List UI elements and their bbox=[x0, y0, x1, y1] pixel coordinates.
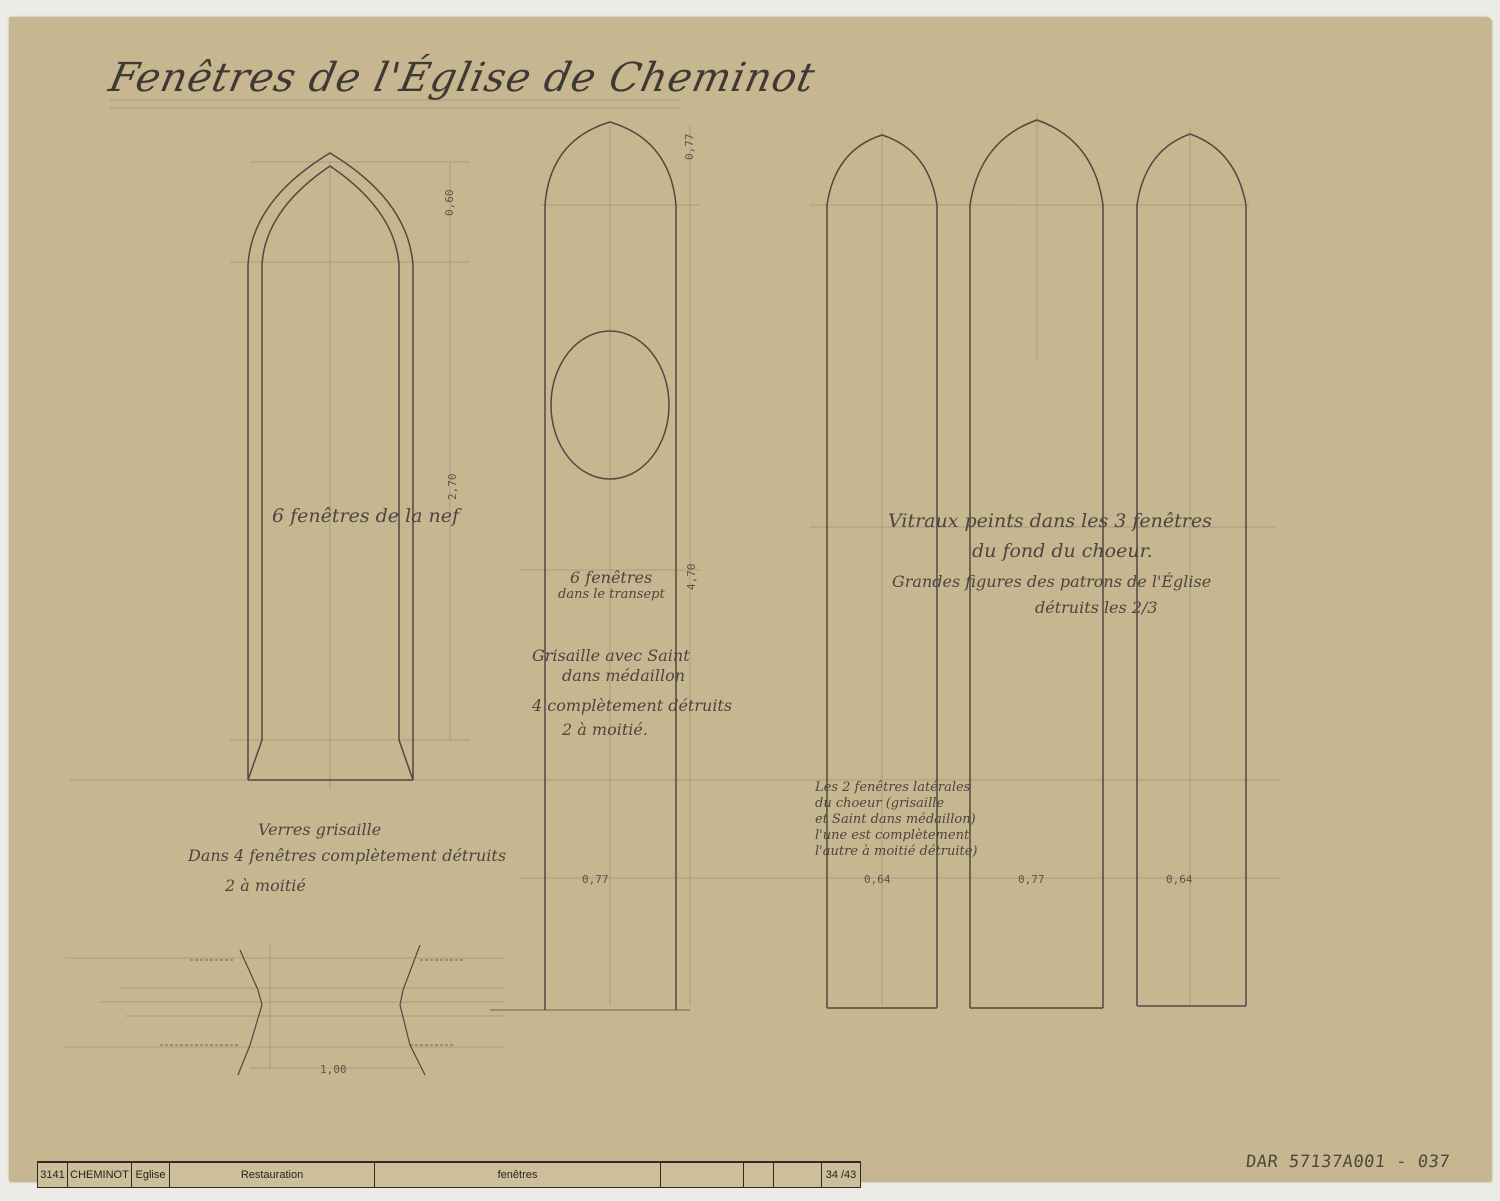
cartouche-number: 3141 bbox=[37, 1163, 67, 1187]
nave-window bbox=[248, 153, 413, 780]
transept-note-3: 4 complètement détruits bbox=[532, 698, 732, 714]
transept-total-height: 4,70 bbox=[685, 564, 698, 591]
choir-note-3: Grandes figures des patrons de l'Église bbox=[892, 574, 1211, 590]
archive-code: DAR 57137A001 - 037 bbox=[1245, 1152, 1451, 1172]
choir-note-2: du fond du choeur. bbox=[972, 542, 1153, 561]
choir-width-3: 0,64 bbox=[1166, 873, 1193, 886]
cartouche-type: Restauration bbox=[169, 1163, 374, 1187]
choir-lateral-note-3: et Saint dans médaillon) bbox=[815, 813, 976, 826]
cartouche-commune: CHEMINOT bbox=[67, 1163, 131, 1187]
transept-arch-height: 0,77 bbox=[683, 134, 696, 161]
choir-width-2: 0,77 bbox=[1018, 873, 1045, 886]
cartouche-building: Eglise bbox=[131, 1163, 169, 1187]
nave-window-label: 6 fenêtres de la nef bbox=[272, 507, 459, 526]
choir-width-1: 0,64 bbox=[864, 873, 891, 886]
choir-lateral-note-4: l'une est complètement bbox=[815, 829, 969, 842]
transept-width: 0,77 bbox=[582, 873, 609, 886]
transept-label-2: dans le transept bbox=[558, 588, 665, 601]
transept-note-1: Grisaille avec Saint bbox=[532, 648, 690, 664]
choir-note-1: Vitraux peints dans les 3 fenêtres bbox=[888, 512, 1212, 531]
section-width: 1,00 bbox=[320, 1063, 347, 1076]
cartouche-subject: fenêtres bbox=[374, 1163, 660, 1187]
cartouche-empty-2 bbox=[743, 1163, 773, 1187]
choir-lateral-note-5: l'autre à moitié détruite) bbox=[815, 845, 978, 858]
drawing-title: Fenêtres de l'Église de Cheminot bbox=[106, 58, 819, 98]
choir-lateral-note-1: Les 2 fenêtres latérales bbox=[815, 781, 970, 794]
cartouche-sheet: 34 /43 bbox=[821, 1163, 861, 1187]
nave-note-1: Verres grisaille bbox=[258, 822, 381, 838]
choir-lateral-note-2: du choeur (grisaille bbox=[815, 797, 944, 810]
section-detail bbox=[160, 945, 465, 1075]
nave-note-2: Dans 4 fenêtres complètement détruits bbox=[188, 848, 506, 864]
cartouche-table: 3141 CHEMINOT Eglise Restauration fenêtr… bbox=[37, 1161, 861, 1188]
choir-note-4: détruits les 2/3 bbox=[1035, 600, 1158, 616]
transept-note-4: 2 à moitié. bbox=[562, 722, 648, 738]
cartouche-empty-3 bbox=[773, 1163, 821, 1187]
nave-note-3: 2 à moitié bbox=[225, 878, 306, 894]
cartouche-empty-1 bbox=[660, 1163, 743, 1187]
transept-label-1: 6 fenêtres bbox=[570, 570, 652, 586]
nave-total-height: 2,70 bbox=[446, 474, 459, 501]
transept-note-2: dans médaillon bbox=[562, 668, 685, 684]
nave-arch-height: 0,60 bbox=[443, 190, 456, 217]
architectural-drawing bbox=[0, 0, 1500, 1201]
